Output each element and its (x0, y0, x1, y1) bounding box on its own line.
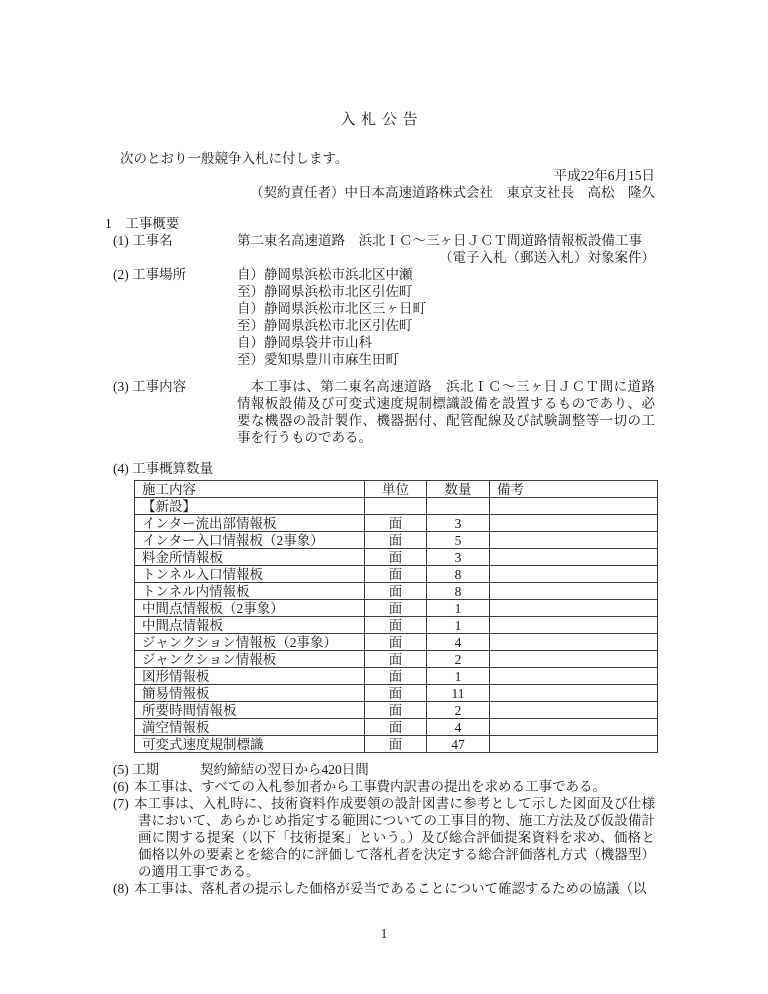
cell-work-content: 簡易情報板 (135, 685, 365, 702)
cell-remarks (490, 549, 658, 566)
cell-work-content: 所要時間情報板 (135, 702, 365, 719)
table-row: 中間点情報板 面 1 (135, 617, 658, 634)
work-name-label: (1) 工事名 (113, 232, 237, 266)
table-row: 簡易情報板 面 11 (135, 685, 658, 702)
work-location-line: 至）静岡県浜松市北区引佐町 (237, 283, 655, 300)
cell-remarks (490, 532, 658, 549)
cell-work-content: トンネル内情報板 (135, 583, 365, 600)
work-location-lines: 自）静岡県浜松市浜北区中瀬 至）静岡県浜松市北区引佐町 自）静岡県浜松市北区三ヶ… (237, 266, 655, 368)
work-description-text: 本工事は、第二東名高速道路 浜北ＩＣ～三ヶ日ＪＣＴ間に道路情報板設備及び可変式速… (237, 378, 655, 446)
cell-work-content: トンネル入口情報板 (135, 566, 365, 583)
table-row: 中間点情報板（2事象） 面 1 (135, 600, 658, 617)
cell-work-content: 料金所情報板 (135, 549, 365, 566)
table-row: トンネル内情報板 面 8 (135, 583, 658, 600)
cell-unit: 面 (365, 532, 427, 549)
clause-7: (7)本工事は、入札時に、技術資料作成要領の設計図書に参考として示した図面及び仕… (113, 795, 655, 880)
work-name-line1: 第二東名高速道路 浜北ＩＣ～三ヶ日ＪＣＴ間道路情報板設備工事 (237, 232, 655, 249)
cell-remarks (490, 651, 658, 668)
work-name-line2: （電子入札（郵送入札）対象案件） (237, 249, 655, 266)
cell-work-content: ジャンクション情報板 (135, 651, 365, 668)
cell-quantity: 3 (427, 549, 490, 566)
quantity-table-body: 【新設】 インター流出部情報板 面 3 インター入口情報板（2事象） 面 5 (135, 498, 658, 753)
cell-remarks (490, 634, 658, 651)
cell-remarks (490, 498, 658, 515)
table-row: 所要時間情報板 面 2 (135, 702, 658, 719)
cell-unit: 面 (365, 634, 427, 651)
cell-quantity: 47 (427, 736, 490, 753)
cell-quantity: 2 (427, 651, 490, 668)
quantity-table: 施工内容 単位 数量 備考 【新設】 インター流出部情報板 面 3 (134, 480, 658, 753)
cell-work-content: 図形情報板 (135, 668, 365, 685)
page-number: 1 (0, 925, 768, 942)
cell-remarks (490, 566, 658, 583)
cell-quantity: 1 (427, 600, 490, 617)
bid-announcement-page: 入 札 公 告 次のとおり一般競争入札に付します。 平成22年6月15日 （契約… (0, 0, 768, 994)
cell-unit: 面 (365, 515, 427, 532)
cell-quantity: 11 (427, 685, 490, 702)
cell-remarks (490, 702, 658, 719)
quantity-section-row: (4) 工事概算数量 (113, 460, 655, 477)
cell-remarks (490, 668, 658, 685)
work-location-line: 至）愛知県豊川市麻生田町 (237, 351, 655, 368)
work-period-value: 契約締結の翌日から420日間 (200, 761, 655, 778)
section1-heading: 1 工事概要 (105, 215, 655, 232)
cell-quantity: 4 (427, 634, 490, 651)
col-header-work-content: 施工内容 (135, 481, 365, 498)
intro-sentence: 次のとおり一般競争入札に付します。 (120, 150, 655, 167)
work-description-row: (3) 工事内容 本工事は、第二東名高速道路 浜北ＩＣ～三ヶ日ＪＣＴ間に道路情報… (113, 378, 655, 446)
cell-unit: 面 (365, 566, 427, 583)
quantity-section-label: (4) 工事概算数量 (113, 460, 213, 477)
work-period-label: (5) 工期 (113, 761, 200, 778)
cell-quantity: 1 (427, 617, 490, 634)
work-location-label: (2) 工事場所 (113, 266, 237, 368)
table-row: 可変式速度規制標識 面 47 (135, 736, 658, 753)
cell-unit: 面 (365, 600, 427, 617)
cell-work-content: 満空情報板 (135, 719, 365, 736)
work-location-line: 自）静岡県浜松市浜北区中瀬 (237, 266, 655, 283)
cell-work-content: インター流出部情報板 (135, 515, 365, 532)
table-header-row: 施工内容 単位 数量 備考 (135, 481, 658, 498)
work-description-label: (3) 工事内容 (113, 378, 237, 446)
col-header-remarks: 備考 (490, 481, 658, 498)
issuer-signature: （契約責任者）中日本高速道路株式会社 東京支社長 高松 隆久 (104, 184, 655, 201)
document-title: 入 札 公 告 (104, 112, 655, 129)
clause-6-number: (6) (113, 779, 129, 794)
cell-work-content: 【新設】 (135, 498, 365, 515)
clause-7-number: (7) (113, 796, 129, 811)
cell-remarks (490, 600, 658, 617)
table-row: 図形情報板 面 1 (135, 668, 658, 685)
table-row: 【新設】 (135, 498, 658, 515)
cell-quantity: 4 (427, 719, 490, 736)
cell-work-content: インター入口情報板（2事象） (135, 532, 365, 549)
table-row: ジャンクション情報板 面 2 (135, 651, 658, 668)
cell-remarks (490, 736, 658, 753)
cell-unit: 面 (365, 685, 427, 702)
cell-quantity: 8 (427, 566, 490, 583)
cell-unit: 面 (365, 651, 427, 668)
cell-quantity: 3 (427, 515, 490, 532)
cell-remarks (490, 583, 658, 600)
cell-remarks (490, 685, 658, 702)
cell-quantity (427, 498, 490, 515)
cell-remarks (490, 719, 658, 736)
cell-unit: 面 (365, 702, 427, 719)
clause-8-text: 本工事は、落札者の提示した価格が妥当であることについて確認するための協議（以 (134, 881, 647, 896)
cell-work-content: 可変式速度規制標識 (135, 736, 365, 753)
table-row: インター入口情報板（2事象） 面 5 (135, 532, 658, 549)
table-row: 満空情報板 面 4 (135, 719, 658, 736)
cell-unit: 面 (365, 549, 427, 566)
work-name-row: (1) 工事名 第二東名高速道路 浜北ＩＣ～三ヶ日ＪＣＴ間道路情報板設備工事 （… (113, 232, 655, 266)
cell-quantity: 1 (427, 668, 490, 685)
clause-6-text: 本工事は、すべての入札参加者から工事費内訳書の提出を求める工事である。 (134, 779, 606, 794)
cell-work-content: 中間点情報板（2事象） (135, 600, 365, 617)
work-location-line: 至）静岡県浜松市北区引佐町 (237, 317, 655, 334)
col-header-quantity: 数量 (427, 481, 490, 498)
cell-unit: 面 (365, 617, 427, 634)
cell-quantity: 8 (427, 583, 490, 600)
clause-8: (8)本工事は、落札者の提示した価格が妥当であることについて確認するための協議（… (113, 880, 655, 897)
clause-6: (6)本工事は、すべての入札参加者から工事費内訳書の提出を求める工事である。 (113, 778, 655, 795)
table-row: 料金所情報板 面 3 (135, 549, 658, 566)
work-location-line: 自）静岡県浜松市北区三ヶ日町 (237, 300, 655, 317)
cell-work-content: 中間点情報板 (135, 617, 365, 634)
clause-7-text: 本工事は、入札時に、技術資料作成要領の設計図書に参考として示した図面及び仕様書に… (134, 796, 655, 879)
cell-work-content: ジャンクション情報板（2事象） (135, 634, 365, 651)
cell-unit: 面 (365, 583, 427, 600)
work-location-row: (2) 工事場所 自）静岡県浜松市浜北区中瀬 至）静岡県浜松市北区引佐町 自）静… (113, 266, 655, 368)
cell-quantity: 2 (427, 702, 490, 719)
cell-unit: 面 (365, 668, 427, 685)
work-location-line: 自）静岡県袋井市山科 (237, 334, 655, 351)
table-row: インター流出部情報板 面 3 (135, 515, 658, 532)
table-row: トンネル入口情報板 面 8 (135, 566, 658, 583)
cell-quantity: 5 (427, 532, 490, 549)
issue-date: 平成22年6月15日 (104, 167, 655, 184)
work-name-content: 第二東名高速道路 浜北ＩＣ～三ヶ日ＪＣＴ間道路情報板設備工事 （電子入札（郵送入… (237, 232, 655, 266)
cell-unit: 面 (365, 719, 427, 736)
col-header-unit: 単位 (365, 481, 427, 498)
cell-unit (365, 498, 427, 515)
cell-unit: 面 (365, 736, 427, 753)
table-row: ジャンクション情報板（2事象） 面 4 (135, 634, 658, 651)
clause-8-number: (8) (113, 881, 129, 896)
cell-remarks (490, 617, 658, 634)
cell-remarks (490, 515, 658, 532)
work-period-row: (5) 工期 契約締結の翌日から420日間 (113, 761, 655, 778)
